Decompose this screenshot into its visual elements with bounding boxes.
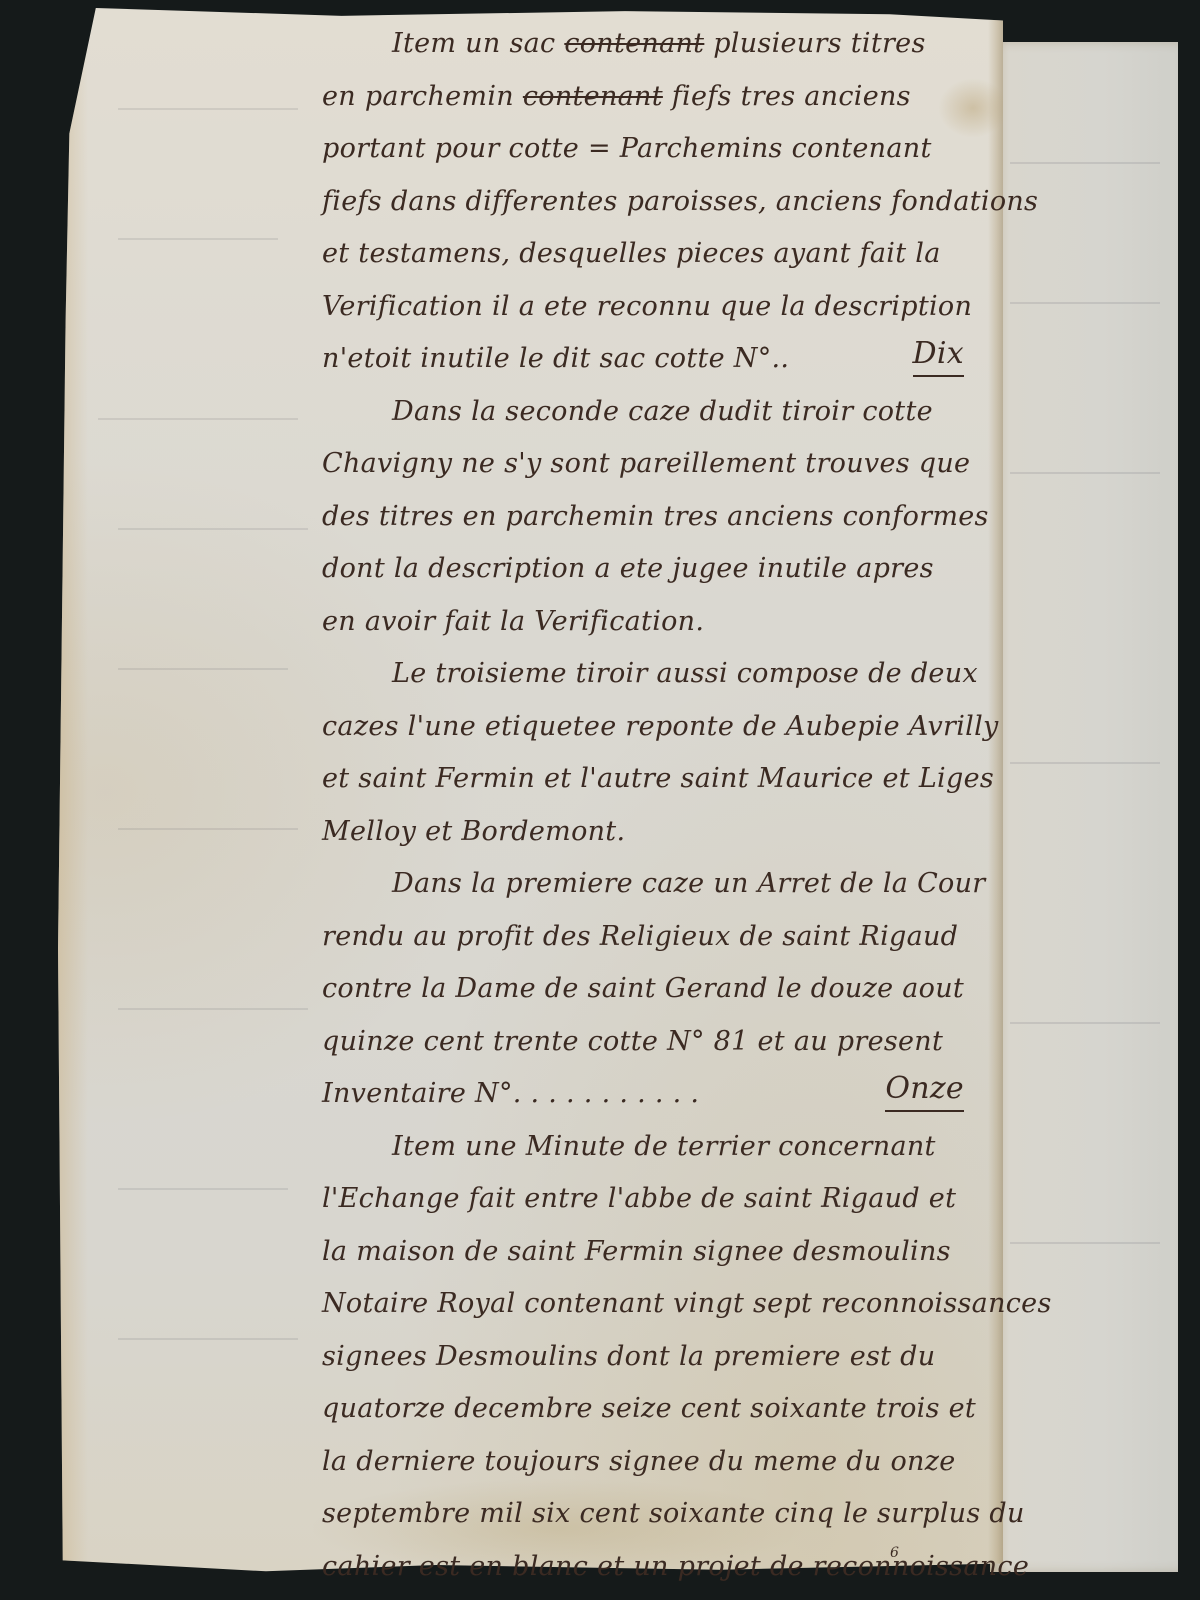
item-number-onze: Onze xyxy=(885,1068,964,1112)
bleed-through-line xyxy=(118,668,288,670)
text-line: des titres en parchemin tres anciens con… xyxy=(322,491,982,544)
text-line: et testamens, desquelles pieces ayant fa… xyxy=(322,228,982,281)
struck-word: contenant xyxy=(523,81,663,112)
line-text: des titres en parchemin tres anciens con… xyxy=(322,501,989,532)
item-number-dix: Dix xyxy=(913,333,964,377)
struck-word: contenant xyxy=(564,28,704,59)
line-text: la derniere toujours signee du meme du o… xyxy=(322,1446,956,1477)
bleed-through-line xyxy=(118,528,308,530)
line-text: cahier est en blanc et un projet de reco… xyxy=(322,1551,1029,1582)
text-line: septembre mil six cent soixante cinq le … xyxy=(322,1488,982,1541)
bleed-through-line xyxy=(1010,1022,1160,1024)
text-line: Verification il a ete reconnu que la des… xyxy=(322,281,982,334)
line-text: Verification il a ete reconnu que la des… xyxy=(322,291,972,322)
bleed-through-line xyxy=(1010,472,1160,474)
bleed-through-line xyxy=(118,1188,288,1190)
line-text: Dans la premiere caze un Arret de la Cou… xyxy=(392,868,986,899)
line-text: en parchemin contenant fiefs tres ancien… xyxy=(322,81,911,112)
line-text: signees Desmoulins dont la premiere est … xyxy=(322,1341,935,1372)
line-text: Inventaire N°. . . . . . . . . . . xyxy=(322,1078,699,1109)
line-text: contre la Dame de saint Gerand le douze … xyxy=(322,973,964,1004)
bleed-through-line xyxy=(98,418,298,420)
bleed-through-line xyxy=(1010,762,1160,764)
bleed-through-line xyxy=(118,238,278,240)
text-line: quinze cent trente cotte N° 81 et au pre… xyxy=(322,1016,982,1069)
text-line: Chavigny ne s'y sont pareillement trouve… xyxy=(322,438,982,491)
folio-mark: 6 xyxy=(890,1545,899,1561)
text-line: Item une Minute de terrier concernant xyxy=(322,1121,982,1174)
line-text: septembre mil six cent soixante cinq le … xyxy=(322,1498,1025,1529)
text-line: et saint Fermin et l'autre saint Maurice… xyxy=(322,753,982,806)
manuscript-text: Item un sac contenant plusieurs titres e… xyxy=(322,18,982,1593)
text-line: Inventaire N°. . . . . . . . . . .Onze xyxy=(322,1068,982,1121)
text-line: portant pour cotte = Parchemins contenan… xyxy=(322,123,982,176)
text-line: Le troisieme tiroir aussi compose de deu… xyxy=(322,648,982,701)
line-text: quatorze decembre seize cent soixante tr… xyxy=(322,1393,976,1424)
line-text: Item une Minute de terrier concernant xyxy=(392,1131,936,1162)
text-line: Melloy et Bordemont. xyxy=(322,806,982,859)
text-line: Dans la premiere caze un Arret de la Cou… xyxy=(322,858,982,911)
line-text: en avoir fait la Verification. xyxy=(322,606,704,637)
line-text: fiefs dans differentes paroisses, ancien… xyxy=(322,186,1038,217)
text-line: signees Desmoulins dont la premiere est … xyxy=(322,1331,982,1384)
line-text: la maison de saint Fermin signee desmoul… xyxy=(322,1236,951,1267)
text-line: en avoir fait la Verification. xyxy=(322,596,982,649)
bleed-through-line xyxy=(1010,302,1160,304)
bleed-through-line xyxy=(118,108,298,110)
text-line: la maison de saint Fermin signee desmoul… xyxy=(322,1226,982,1279)
line-text: Item un sac contenant plusieurs titres xyxy=(392,28,926,59)
page-left-edge xyxy=(58,8,88,1576)
line-text: l'Echange fait entre l'abbe de saint Rig… xyxy=(322,1183,956,1214)
text-line: cahier est en blanc et un projet de reco… xyxy=(322,1541,982,1594)
text-line: en parchemin contenant fiefs tres ancien… xyxy=(322,71,982,124)
bleed-through-line xyxy=(118,828,298,830)
line-text: n'etoit inutile le dit sac cotte N°.. xyxy=(322,343,789,374)
text-line: dont la description a ete jugee inutile … xyxy=(322,543,982,596)
text-line: cazes l'une etiquetee reponte de Aubepie… xyxy=(322,701,982,754)
text-line: quatorze decembre seize cent soixante tr… xyxy=(322,1383,982,1436)
text-line: la derniere toujours signee du meme du o… xyxy=(322,1436,982,1489)
bleed-through-line xyxy=(118,1338,298,1340)
line-text: Le troisieme tiroir aussi compose de deu… xyxy=(392,658,978,689)
line-text: et saint Fermin et l'autre saint Maurice… xyxy=(322,763,994,794)
text-line: n'etoit inutile le dit sac cotte N°..Dix xyxy=(322,333,982,386)
line-text: dont la description a ete jugee inutile … xyxy=(322,553,934,584)
text-line: l'Echange fait entre l'abbe de saint Rig… xyxy=(322,1173,982,1226)
line-text: Melloy et Bordemont. xyxy=(322,816,625,847)
text-line: Dans la seconde caze dudit tiroir cotte xyxy=(322,386,982,439)
line-text: cazes l'une etiquetee reponte de Aubepie… xyxy=(322,711,999,742)
photo-scene: Item un sac contenant plusieurs titres e… xyxy=(0,0,1200,1600)
line-text: Dans la seconde caze dudit tiroir cotte xyxy=(392,396,933,427)
text-line: Notaire Royal contenant vingt sept recon… xyxy=(322,1278,982,1331)
line-text: quinze cent trente cotte N° 81 et au pre… xyxy=(322,1026,943,1057)
text-line: Item un sac contenant plusieurs titres xyxy=(322,18,982,71)
line-text: Chavigny ne s'y sont pareillement trouve… xyxy=(322,448,970,479)
text-line: fiefs dans differentes paroisses, ancien… xyxy=(322,176,982,229)
bleed-through-line xyxy=(118,1008,308,1010)
line-text: et testamens, desquelles pieces ayant fa… xyxy=(322,238,941,269)
bleed-through-line xyxy=(1010,162,1160,164)
line-text: Notaire Royal contenant vingt sept recon… xyxy=(322,1288,1052,1319)
back-page xyxy=(990,42,1178,1572)
text-line: contre la Dame de saint Gerand le douze … xyxy=(322,963,982,1016)
line-text: rendu au profit des Religieux de saint R… xyxy=(322,921,958,952)
line-text: portant pour cotte = Parchemins contenan… xyxy=(322,133,932,164)
text-line: rendu au profit des Religieux de saint R… xyxy=(322,911,982,964)
bleed-through-line xyxy=(1010,1242,1160,1244)
